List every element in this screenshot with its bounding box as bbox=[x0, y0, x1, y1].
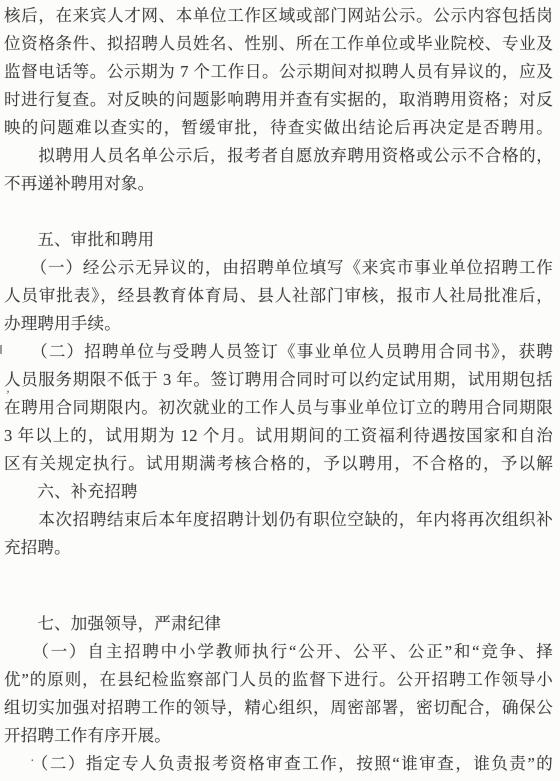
text-line: 监督电话等。公示期为 7 个工作日。公示期间对拟聘人员有异议的，应及 bbox=[4, 58, 553, 86]
text-line: 人员审批表》，经县教育体育局、县人社部门审核，报市人社局批准后， bbox=[4, 282, 553, 310]
text-line: （一）经公示无异议的，由招聘单位填写《来宾市事业单位招聘工作 bbox=[4, 254, 553, 282]
text-line: 区有关规定执行。试用期满考核合格的，予以聘用，不合格的，予以解聘。 bbox=[4, 450, 553, 478]
text-line: 本次招聘结束后本年度招聘计划仍有职位空缺的，年内将再次组织补 bbox=[4, 506, 553, 534]
text-line: 3 年以上的，试用期为 12 个月。试用期间的工资福利待遇按国家和自治 bbox=[4, 422, 553, 450]
text-line: 拟聘用人员名单公示后，报考者自愿放弃聘用资格或公示不合格的， bbox=[4, 142, 553, 170]
text-line: 在聘用合同期限内。初次就业的工作人员与事业单位订立的聘用合同期限 bbox=[4, 394, 553, 422]
text-line: 时进行复查。对反映的问题影响聘用并查有实据的，取消聘用资格；对反 bbox=[4, 86, 553, 114]
section-heading: 五、审批和聘用 bbox=[4, 226, 553, 254]
text-line: 人员服务期限不低于 3 年。签订聘用合同时可以约定试用期，试用期包括 bbox=[4, 366, 553, 394]
text-line: （一）自主招聘中小学教师执行“公开、公平、公正”和“竞争、择 bbox=[4, 638, 553, 666]
text-line: （二）指定专人负责报考资格审查工作，按照“谁审查，谁负责”的 bbox=[4, 750, 553, 778]
text-line: 组切实加强对招聘工作的领导，精心组织，周密部署，密切配合，确保公 bbox=[4, 694, 553, 722]
text-line: 开招聘工作有序开展。 bbox=[4, 722, 553, 750]
text-line: 办理聘用手续。 bbox=[4, 310, 553, 338]
text-line: 充招聘。 bbox=[4, 534, 553, 562]
text-line: 映的问题难以查实的，暂缓审批，待查实做出结论后再决定是否聘用。 bbox=[4, 114, 553, 142]
scan-artifact-dot: · bbox=[30, 755, 35, 769]
scan-artifact-edge-mark bbox=[0, 345, 2, 354]
section-heading: 六、补充招聘 bbox=[4, 478, 553, 506]
text-line: 不再递补聘用对象。 bbox=[4, 170, 553, 198]
text-line: 核后，在来宾人才网、本单位工作区域或部门网站公示。公示内容包括岗 bbox=[4, 2, 553, 30]
text-line: （二）招聘单位与受聘人员签订《事业单位人员聘用合同书》，获聘 bbox=[4, 338, 553, 366]
document-page: 核后，在来宾人才网、本单位工作区域或部门网站公示。公示内容包括岗 位资格条件、拟… bbox=[0, 0, 560, 781]
text-line: 位资格条件、拟招聘人员姓名、性别、所在工作单位或毕业院校、专业及 bbox=[4, 30, 553, 58]
section-heading: 七、加强领导，严肃纪律 bbox=[4, 610, 553, 638]
text-line: 优”的原则，在县纪检监察部门人员的监督下进行。公开招聘工作领导小 bbox=[4, 666, 553, 694]
